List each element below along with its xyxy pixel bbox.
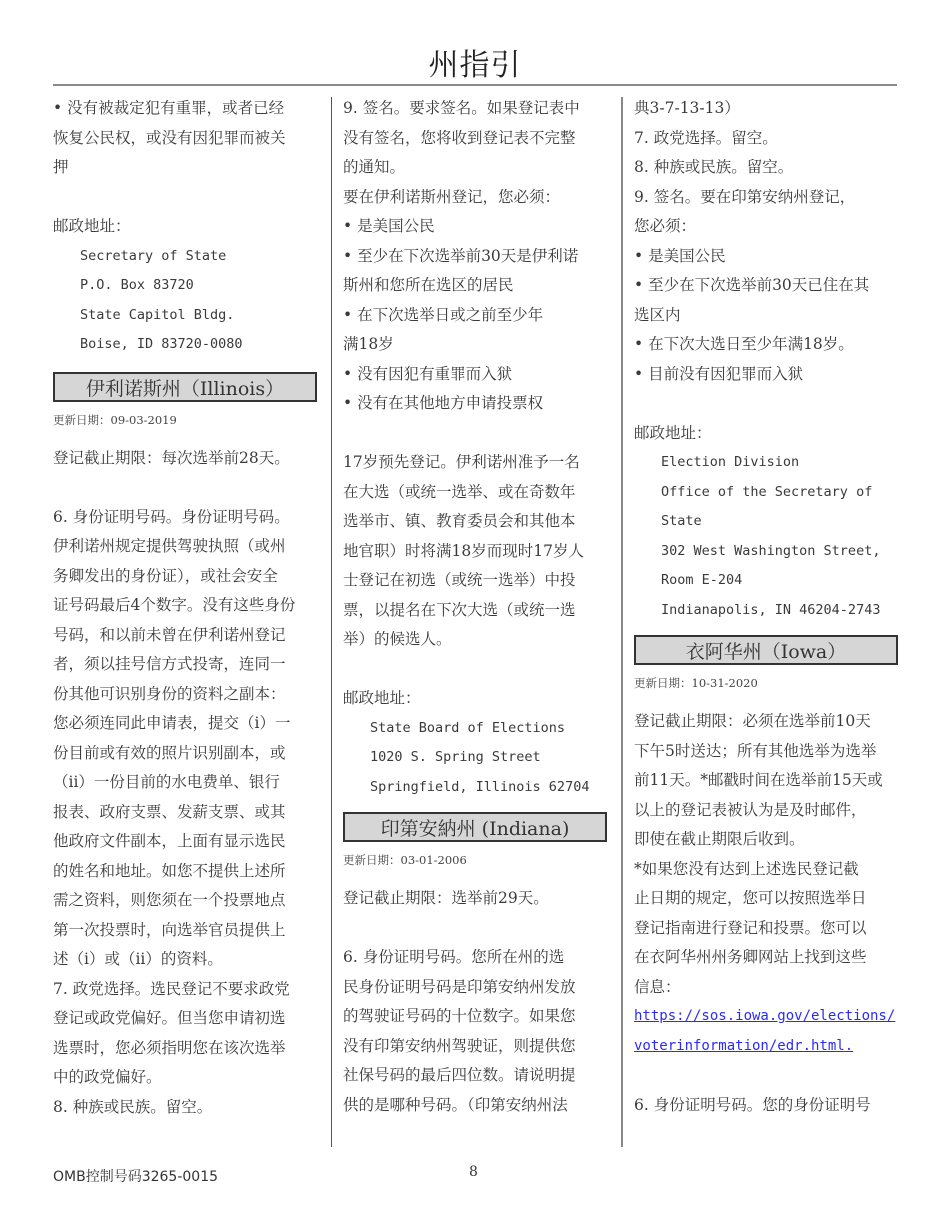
id-number-text: 号码，和以前未曾在伊利诺州登记 xyxy=(53,621,317,651)
idaho-requirement: 押 xyxy=(53,153,317,183)
requirement-item: 斯州和您所在选区的居民 xyxy=(343,271,607,301)
signature-text: 没有签名，您将收到登记表不完整 xyxy=(343,124,607,154)
requirement-item: • 在下次选举日或之前至少年 xyxy=(343,301,607,331)
id-number-text: 他政府文件副本，上面有显示选民 xyxy=(53,827,317,857)
election-day-note: 止日期的规定，您可以按照选举日 xyxy=(634,884,898,914)
id-number-text: 需之资料，则您须在一个投票地点 xyxy=(53,886,317,916)
address-line: P.O. Box 83720 xyxy=(53,271,317,301)
party-choice-text: 7. 政党选择。选民登记不要求政党 xyxy=(53,975,317,1005)
column-divider xyxy=(331,97,332,1147)
registration-deadline: 登记截止期限：选举前29天。 xyxy=(343,884,607,914)
id-number-text: 没有印第安纳州驾驶证，则提供您 xyxy=(343,1032,607,1062)
requirement-item: 选区内 xyxy=(634,301,898,331)
id-number-text: 民身份证明号码是印第安纳州发放 xyxy=(343,973,607,1003)
party-choice-text: 登记或政党偏好。但当您申请初选 xyxy=(53,1004,317,1034)
id-number-text: 报表、政府支票、发薪支票、或其 xyxy=(53,798,317,828)
address-line: Boise, ID 83720-0080 xyxy=(53,330,317,360)
id-number-text: （ii）一份目前的水电费单、银行 xyxy=(53,768,317,798)
requirement-item: • 至少在下次选举前30天已住在其 xyxy=(634,271,898,301)
registration-deadline: 登记截止期限：必须在选举前10天 xyxy=(634,707,898,737)
state-header-iowa: 衣阿华州（Iowa） xyxy=(634,635,898,665)
id-number-text: 第一次投票时，向选举官员提供上 xyxy=(53,916,317,946)
address-line: Indianapolis, IN 46204-2743 xyxy=(634,596,898,626)
link-line[interactable]: voterinformation/edr.html. xyxy=(634,1032,898,1062)
id-number-text: 伊利诺州规定提供驾驶执照（或州 xyxy=(53,532,317,562)
column-3: 典3-7-13-13） 7. 政党选择。留空。 8. 种族或民族。留空。 9. … xyxy=(634,94,898,1120)
indiana-continued: 您必须： xyxy=(634,212,898,242)
preregistration-text: 17岁预先登记。伊利诺州准予一名 xyxy=(343,448,607,478)
address-line: Room E-204 xyxy=(634,566,898,596)
page-title: 州指引 xyxy=(0,40,950,84)
id-number-text: 份其他可识别身份的资料之副本： xyxy=(53,680,317,710)
id-number-text: 者，须以挂号信方式投寄，连同一 xyxy=(53,650,317,680)
election-day-note: 信息： xyxy=(634,973,898,1003)
column-1: • 没有被裁定犯有重罪，或者已经 恢复公民权，或没有因犯罪而被关 押 邮政地址：… xyxy=(53,94,317,1122)
address-line: 1020 S. Spring Street xyxy=(343,743,607,773)
iowa-sos-link[interactable]: https://sos.iowa.gov/elections/ voterinf… xyxy=(634,1002,898,1061)
id-number-text: 6. 身份证明号码。您所在州的选 xyxy=(343,943,607,973)
page-number: 8 xyxy=(469,1164,478,1180)
requirement-item: • 是美国公民 xyxy=(343,212,607,242)
requirement-item: 满18岁 xyxy=(343,330,607,360)
mail-address-label: 邮政地址： xyxy=(343,684,607,714)
registration-deadline: 以上的登记表被认为是及时邮件， xyxy=(634,796,898,826)
id-number-text: 社保号码的最后四位数。请说明提 xyxy=(343,1061,607,1091)
preregistration-text: 在大选（或统一选举、或在奇数年 xyxy=(343,478,607,508)
requirement-item: • 没有在其他地方申请投票权 xyxy=(343,389,607,419)
id-number-text: 份目前或有效的照片识别副本，或 xyxy=(53,739,317,769)
mail-address-label: 邮政地址： xyxy=(634,419,898,449)
registration-deadline: 前11天。*邮戳时间在选举前15天或 xyxy=(634,766,898,796)
id-number-text: 的驾驶证号码的十位数字。如果您 xyxy=(343,1002,607,1032)
election-day-note: 登记指南进行登记和投票。您可以 xyxy=(634,914,898,944)
preregistration-text: 选举市、镇、教育委员会和其他本 xyxy=(343,507,607,537)
preregistration-text: 地官职）时将满18岁而现时17岁人 xyxy=(343,537,607,567)
address-line: 302 West Washington Street, xyxy=(634,537,898,567)
id-number-text: 6. 身份证明号码。您的身份证明号 xyxy=(634,1091,898,1121)
registration-deadline: 登记截止期限：每次选举前28天。 xyxy=(53,444,317,474)
link-line[interactable]: https://sos.iowa.gov/elections/ xyxy=(634,1002,898,1032)
signature-text: 的通知。 xyxy=(343,153,607,183)
signature-text: 9. 签名。要求签名。如果登记表中 xyxy=(343,94,607,124)
column-2: 9. 签名。要求签名。如果登记表中 没有签名，您将收到登记表不完整 的通知。 要… xyxy=(343,94,607,1120)
requirements-label: 要在伊利诺斯州登记，您必须： xyxy=(343,183,607,213)
registration-deadline: 下午5时送达；所有其他选举为选举 xyxy=(634,737,898,767)
id-number-text: 6. 身份证明号码。身份证明号码。 xyxy=(53,503,317,533)
updated-date: 更新日期：03-01-2006 xyxy=(343,848,607,872)
title-divider xyxy=(53,84,897,86)
address-line: Secretary of State xyxy=(53,242,317,272)
address-line: Springfield, Illinois 62704 xyxy=(343,773,607,803)
race-text: 8. 种族或民族。留空。 xyxy=(53,1093,317,1123)
id-number-text: 证号码最后4个数字。没有这些身份 xyxy=(53,591,317,621)
state-header-illinois: 伊利诺斯州（Illinois） xyxy=(53,372,317,402)
address-line: State Board of Elections xyxy=(343,714,607,744)
indiana-continued: 7. 政党选择。留空。 xyxy=(634,124,898,154)
requirement-item: • 至少在下次选举前30天是伊利诺 xyxy=(343,242,607,272)
party-choice-text: 中的政党偏好。 xyxy=(53,1063,317,1093)
party-choice-text: 选票时，您必须指明您在该次选举 xyxy=(53,1034,317,1064)
updated-date: 更新日期：09-03-2019 xyxy=(53,408,317,432)
mail-address-label: 邮政地址： xyxy=(53,212,317,242)
indiana-continued: 9. 签名。要在印第安纳州登记， xyxy=(634,183,898,213)
idaho-requirement: • 没有被裁定犯有重罪，或者已经 xyxy=(53,94,317,124)
preregistration-text: 举）的候选人。 xyxy=(343,625,607,655)
registration-deadline: 即使在截止期限后收到。 xyxy=(634,825,898,855)
requirement-item: • 在下次大选日至少年满18岁。 xyxy=(634,330,898,360)
election-day-note: 在衣阿华州州务卿网站上找到这些 xyxy=(634,943,898,973)
state-header-indiana: 印第安納州 (Indiana) xyxy=(343,812,607,842)
address-line: State Capitol Bldg. xyxy=(53,301,317,331)
election-day-note: *如果您没有达到上述选民登记截 xyxy=(634,855,898,885)
idaho-requirement: 恢复公民权，或没有因犯罪而被关 xyxy=(53,124,317,154)
address-line: State xyxy=(634,507,898,537)
requirement-item: • 是美国公民 xyxy=(634,242,898,272)
address-line: Office of the Secretary of xyxy=(634,478,898,508)
id-number-text: 述（i）或（ii）的资料。 xyxy=(53,945,317,975)
preregistration-text: 票，以提名在下次大选（或统一选 xyxy=(343,596,607,626)
indiana-continued: 典3-7-13-13） xyxy=(634,94,898,124)
requirement-item: • 没有因犯有重罪而入狱 xyxy=(343,360,607,390)
column-divider xyxy=(621,97,623,1147)
id-number-text: 务卿发出的身份证），或社会安全 xyxy=(53,562,317,592)
preregistration-text: 士登记在初选（或统一选举）中投 xyxy=(343,566,607,596)
omb-control-number: OMB控制号码3265-0015 xyxy=(53,1166,218,1186)
requirement-item: • 目前没有因犯罪而入狱 xyxy=(634,360,898,390)
address-line: Election Division xyxy=(634,448,898,478)
indiana-continued: 8. 种族或民族。留空。 xyxy=(634,153,898,183)
id-number-text: 您必须连同此申请表，提交（i）一 xyxy=(53,709,317,739)
id-number-text: 的姓名和地址。如您不提供上述所 xyxy=(53,857,317,887)
updated-date: 更新日期：10-31-2020 xyxy=(634,671,898,695)
id-number-text: 供的是哪种号码。（印第安纳州法 xyxy=(343,1091,607,1121)
